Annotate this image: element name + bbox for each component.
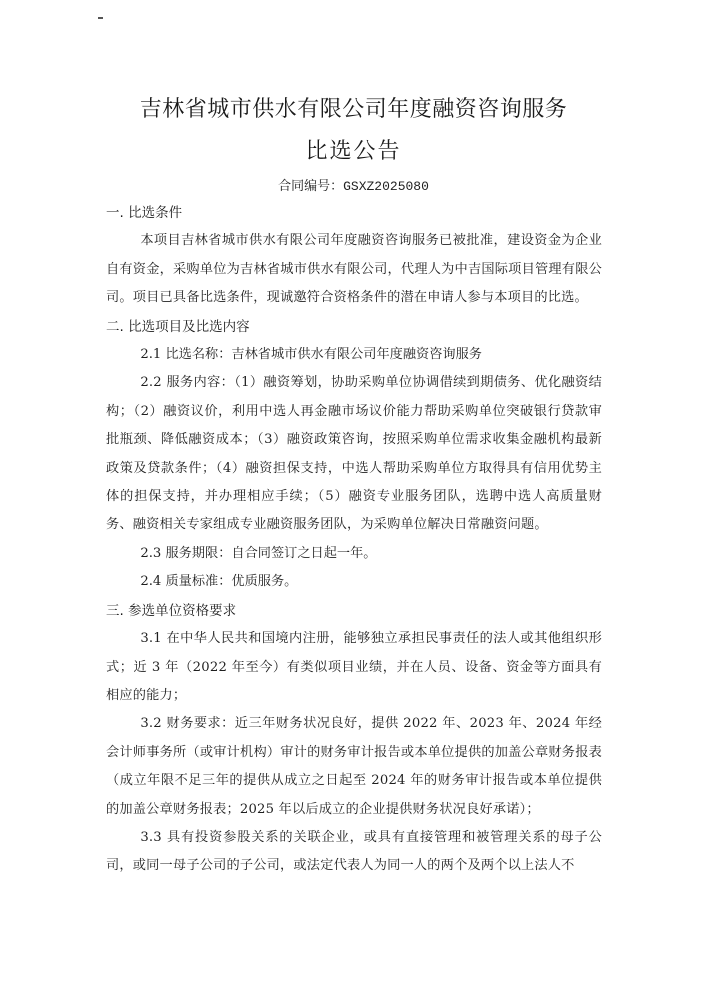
section-heading-2: 二. 比选项目及比选内容 [106, 313, 602, 341]
contract-label: 合同编号： [278, 179, 343, 194]
paragraph-2-2: 2.2 服务内容：（1）融资筹划，协助采购单位协调借续到期债务、优化融资结构；（… [106, 369, 602, 539]
document-body: 一. 比选条件 本项目吉林省城市供水有限公司年度融资咨询服务已被批准，建设资金为… [106, 199, 602, 881]
paragraph-3-3: 3.3 具有投资参股关系的关联企业，或具有直接管理和被管理关系的母子公司，或同一… [106, 824, 602, 881]
paragraph-2-1: 2.1 比选名称：吉林省城市供水有限公司年度融资咨询服务 [106, 341, 602, 369]
paragraph-3-1: 3.1 在中华人民共和国境内注册，能够独立承担民事责任的法人或其他组织形式；近 … [106, 625, 602, 710]
contract-number-line: 合同编号：GSXZ2025080 [0, 175, 707, 194]
paragraph-2-4: 2.4 质量标准：优质服务。 [106, 568, 602, 596]
section-heading-1: 一. 比选条件 [106, 199, 602, 227]
document-title: 吉林省城市供水有限公司年度融资咨询服务 [0, 92, 707, 123]
paragraph-1-1: 本项目吉林省城市供水有限公司年度融资咨询服务已被批准，建设资金为企业自有资金，采… [106, 227, 602, 312]
document-subtitle: 比选公告 [0, 134, 707, 165]
scan-artifact [98, 17, 103, 19]
paragraph-3-2: 3.2 财务要求：近三年财务状况良好，提供 2022 年、2023 年、2024… [106, 710, 602, 824]
contract-number: GSXZ2025080 [343, 179, 429, 194]
section-heading-3: 三. 参选单位资格要求 [106, 597, 602, 625]
paragraph-2-3: 2.3 服务期限：自合同签订之日起一年。 [106, 540, 602, 568]
